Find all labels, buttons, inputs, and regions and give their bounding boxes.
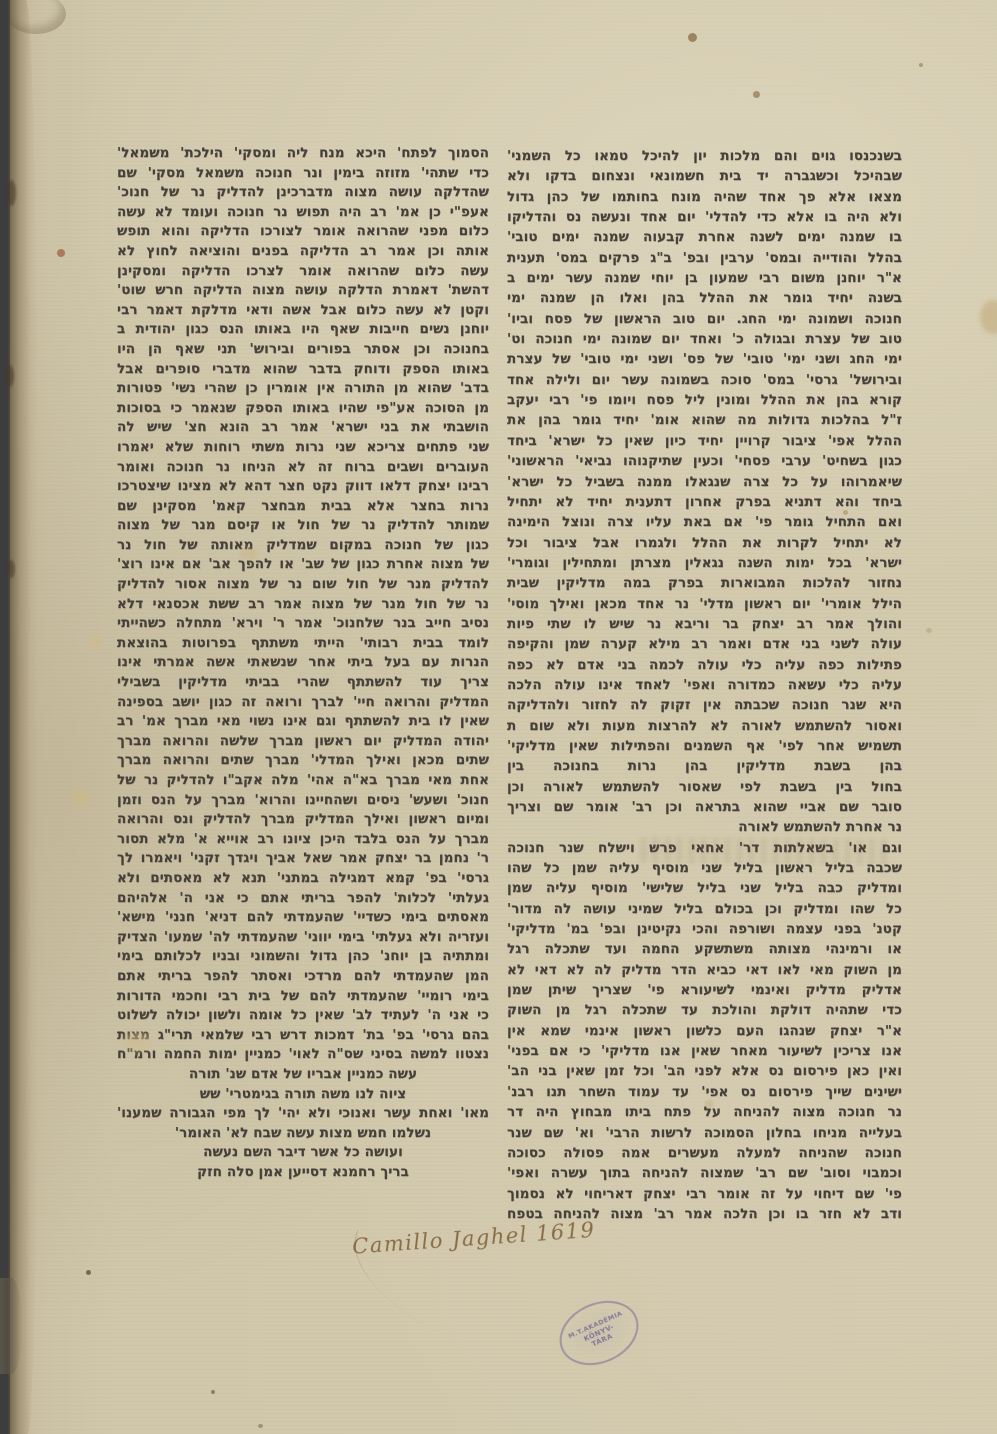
text-line: המן שהעמדתי להם מרדכי ואסתר להפר בריתי א… bbox=[117, 967, 489, 987]
text-line: מן השוק מאי לאו דאי כביא הדר מדליק לה לא… bbox=[507, 960, 902, 980]
text-line: לומד בבית רבותי' הייתי משתתף בפרוטות בהו… bbox=[117, 634, 489, 654]
text-line: נסיב חייב בנר שלחנוכ' אמר ר' וירא' מתחלה… bbox=[117, 614, 489, 634]
text-line: חנוכ' ושעש' ניסים ושהחיינו והרוא' מברך ע… bbox=[117, 791, 489, 811]
text-line: חנוכה ושמונה ימי החג. יום טוב הראשון של … bbox=[507, 309, 902, 329]
text-line: בעלייה מניחו בחלון הסמוכה לרשות הרבי' וא… bbox=[507, 1123, 902, 1143]
text-line: תשמיש אחר לפי' אף השמנים והפתילות שאין מ… bbox=[507, 736, 902, 756]
text-line: בהם גרסי' בפ' בת' דמכות דרש רבי שלמאי תר… bbox=[117, 1026, 489, 1046]
text-line: נר של חול מנר של מצוה אמר רב ששת אכסנאי … bbox=[117, 595, 489, 615]
text-line: סובר שם אביי שהוא בתראה וכן רב' אומר שם … bbox=[507, 797, 902, 817]
text-line: שהדלקה עושה מצוה מדברכינן להדליק נר של ח… bbox=[117, 183, 489, 203]
text-line: בשנה יחיד גומר את ההלל בהן ואלו הן שמנה … bbox=[507, 288, 902, 308]
stain bbox=[211, 1390, 215, 1394]
text-line: ואם התחיל גומר פי' אם באת עליו צרה ונוצל… bbox=[507, 512, 902, 532]
text-line: עולה לשני בני אדם ואמר רב מילא קערה שמן … bbox=[507, 634, 902, 654]
ink-offset-ghost bbox=[640, 837, 890, 865]
text-line: היא שנר חנוכה שכבתה אין זקוק לה לחזור ול… bbox=[507, 695, 902, 715]
text-line: נר חנוכה מצוה להניחה על פתח ביתו מבחוץ ה… bbox=[507, 1102, 902, 1122]
text-line: נשלמו חמש מצות עשה שבח לא' האומר' bbox=[117, 1124, 489, 1144]
text-line: כלום מפני שהרואה אומר לצורכו הדליקה והוא… bbox=[117, 222, 489, 242]
text-line: מאו' ואחת עשר ואנוכי ולא יהי' לך מפי הגב… bbox=[117, 1104, 489, 1124]
text-line: ולא היה בו אלא כדי להדלי' יום אחד ונעשה … bbox=[507, 207, 902, 227]
text-line: אעפ"י כן אמ' רב היה תפוש נר חנוכה ועומד … bbox=[117, 203, 489, 223]
text-line: שבהיכל וכשגברה יד בית חשמונאי ונצחום בדק… bbox=[507, 166, 902, 186]
edge-bump bbox=[7, 560, 15, 578]
text-line: נחזור להלכות המבוארות בפרק במה מדליקין ש… bbox=[507, 573, 902, 593]
text-line: בחנוכה וכן אסתר בפורים ובירוש' תני שאף ה… bbox=[117, 340, 489, 360]
text-line: גרסי' בפ' קמא דמגילה במתני' תנא לא מאסתי… bbox=[117, 869, 489, 889]
text-line: ההלל אפי' ציבור קרויין יחיד כיון שאין כל… bbox=[507, 431, 902, 451]
text-line: כדי שתהיה דולקת והולכת עד שתכלה רגל מן ה… bbox=[507, 1000, 902, 1020]
text-line: כל שהו ומדליק וכן בכולם בליל שמיני עושה … bbox=[507, 899, 902, 919]
edge-bump bbox=[6, 180, 16, 206]
text-line: עשה כמניין אבריו של אדם שנ' תורה bbox=[117, 1065, 489, 1085]
text-line: ז"ל בהלכות גדולות מה שהוא אומ' יחיד גומר… bbox=[507, 410, 902, 430]
text-line: שני פתחים צריכא שני נרות משתי רוחות שלא … bbox=[117, 438, 489, 458]
stain bbox=[258, 1424, 263, 1428]
text-line: הילל אומרי' יום ראשון מדלי' נר אחד מכאן … bbox=[507, 594, 902, 614]
text-line: מאסתים בימי כשדיי' שהעמדתי להם דניא' חננ… bbox=[117, 908, 489, 928]
text-line: וכמבוי וסוב' שם רב' שמצוה להניחה בתוך עש… bbox=[507, 1163, 902, 1183]
text-line: בהלל והודייה ובמס' ערבין ובפ' ב"ג פרקים … bbox=[507, 248, 902, 268]
text-line: באותו הספק ודוחק בדבר שהוא מדברי סופרים … bbox=[117, 360, 489, 380]
text-line: ועזריה ולא געלתי' בימי יווני' שהעמדתי לה… bbox=[117, 928, 489, 948]
text-line: ימי החג ושני ימי' טובי' של פס' ושני ימי … bbox=[507, 349, 902, 369]
text-line: יוחנן נשים חייבות שאף היו באותו הנס כגון… bbox=[117, 320, 489, 340]
text-line: געלתי' לכלות' להפר בריתי אתם כי אני ה' א… bbox=[117, 889, 489, 909]
text-line: וקטן לא עשה כלום אבל אשה ודאי מדלקת דאמר… bbox=[117, 301, 489, 321]
text-line: בחול בין בשבת לפי שאסור להשתמש לאורה וכן bbox=[507, 777, 902, 797]
text-line: יהודה המדליק יום ראשון מברך שלשה והרואה … bbox=[117, 732, 489, 752]
text-column-left: הסמוך לפתח' היכא מנח ליה ומסקי' הילכת' מ… bbox=[117, 144, 489, 1182]
text-line: בהן בשבת מדליקין בהן נרות בחנוכה בין bbox=[507, 756, 902, 776]
text-line: טוב של עצרת ובגולה כ' ואחד יום שמונה ימי… bbox=[507, 329, 902, 349]
stain bbox=[753, 91, 760, 98]
text-line: לא יתחיל לקרות את ההלל ולגמרו אבל ציבור … bbox=[507, 533, 902, 553]
text-line: קורא בהן את ההלל ומונין ליל פסח ויומו פי… bbox=[507, 390, 902, 410]
text-line: המדליק והרואה חיי' לברך ורואה זה כגון יו… bbox=[117, 693, 489, 713]
text-line: עליה כלי עשאה כמדורה ואפי' לאחד אינו עול… bbox=[507, 675, 902, 695]
stain bbox=[86, 1270, 91, 1275]
text-line: ועושה כל אשר דיבר השם נעשה bbox=[117, 1143, 489, 1163]
page-deckle-edge bbox=[8, 0, 38, 1434]
text-line: ומתתיה בן יוחנ' כהן גדול והשמוני ובניו ל… bbox=[117, 947, 489, 967]
text-line: פי' שם דיחוי על זה אומר רבי יצחק דאריחוי… bbox=[507, 1184, 902, 1204]
text-line: נצטוו למשה בסיני שס"ה לאוי' כמניין ימות … bbox=[117, 1045, 489, 1065]
library-stamp: M.T.AKADÉMIA KÖNYV- TÁRA bbox=[549, 1289, 648, 1377]
text-line: כי אני ה' לעתיד לב' שאין כל אומה ולשון י… bbox=[117, 1006, 489, 1026]
text-line: ביחד והא דתניא בפרק אחרון דתענית יחיד לא… bbox=[507, 492, 902, 512]
text-line: נרות בחצר אלא בבית מבחצר קאמ' מסקינן שם bbox=[117, 497, 489, 517]
text-line: כגון בשחיט' ערבי פסחי' וכעין שתיקנוהו נב… bbox=[507, 451, 902, 471]
text-line: שיאמרוהו על כל צרה שנגאלו ממנה בשביל כל … bbox=[507, 472, 902, 492]
text-line: שתים מכאן ואילך המדלי' מברך שתים והרואה … bbox=[117, 751, 489, 771]
text-line: שמותר להדליק נר של חול או קיסם מנר של מצ… bbox=[117, 516, 489, 536]
text-line: בימי רומיי' שהעמדתי להם של בית רבי וחכמי… bbox=[117, 987, 489, 1007]
text-line: להדליק מנר של חול שום נר של מצוה אסור לה… bbox=[117, 575, 489, 595]
text-line: ואסור להשתמש לאורה לא להרצות מעות ולא שו… bbox=[507, 716, 902, 736]
text-line: מצאו אלא פך אחד שהיה מונח בחותמו של כהן … bbox=[507, 187, 902, 207]
text-line: א"ר יצחק שנהגו העם כלשון ראשון אינמי שמא… bbox=[507, 1021, 902, 1041]
text-line: אנו צריכין לשיעור מאחר שאין אנו מדליקי' … bbox=[507, 1041, 902, 1061]
text-line: עשה כלום שהרואה אומר לצרכו הדליקה ומסקינ… bbox=[117, 262, 489, 282]
text-line: דהשת' דאמרת הדלקה עושה מצוה הדליקה חרש ש… bbox=[117, 281, 489, 301]
text-line: והולך אמר רב יצחק בר וריבא נר שיש לו שתי… bbox=[507, 614, 902, 634]
text-line: או ורמינהי מצותה משתשקע החמה ועד שתכלה ר… bbox=[507, 939, 902, 959]
text-line: א"ר יוחנן משום רבי שמעון בן יוחי שמנה עש… bbox=[507, 268, 902, 288]
text-line: בריך רחמנא דסייען אמן סלה חזק bbox=[117, 1163, 489, 1183]
stain bbox=[70, 790, 90, 804]
stain bbox=[919, 63, 923, 67]
text-line: ואין כאן פירסום נס אלא לפני הב' וכל זמן … bbox=[507, 1061, 902, 1081]
text-line: ציוה לנו משה תורה בגימטרי' שש bbox=[117, 1085, 489, 1105]
edge-bump bbox=[5, 365, 14, 387]
text-line: קטנ' בפני עצמה ושורפה והכי נקיטינן ובפ' … bbox=[507, 919, 902, 939]
scanned-page: בשנכנסו גוים והם מלכות יון להיכל טמאו כל… bbox=[0, 0, 997, 1434]
text-line: ובירושל' גרסי' במס' סוכה בשמונה עשר יום … bbox=[507, 370, 902, 390]
text-line: ר' נחמן בר יצחק אמר שאל אביך ויגדך זקני'… bbox=[117, 849, 489, 869]
stain bbox=[688, 33, 697, 42]
text-line: כגון של חנוכה במקום שמדליק מאותה של חול … bbox=[117, 536, 489, 556]
text-line: ומדליק כבה בליל שני בליל שלישי' מוסיף על… bbox=[507, 878, 902, 898]
text-line: בו שמנה ימים לשנה אחרת קבעוה שמנה ימים ט… bbox=[507, 227, 902, 247]
text-line: אותה וכן אמר רב הדליקה בפנים והוציאה לחו… bbox=[117, 242, 489, 262]
text-line: פתילות כפה עליה כלי עולה לכמה בני אדם לא… bbox=[507, 655, 902, 675]
stain bbox=[926, 628, 932, 633]
text-column-right: בשנכנסו גוים והם מלכות יון להיכל טמאו כל… bbox=[507, 146, 902, 1224]
text-line: ומיום ראשון ואילך המדליק מברך להדליק ונס… bbox=[117, 810, 489, 830]
text-line: כדי שתהי' מזוזה בימין ונר חנוכה משמאל מס… bbox=[117, 164, 489, 184]
text-line: שאין לו בית להשתתף וגם אינו נשוי מאי מבר… bbox=[117, 712, 489, 732]
text-line: של מצוה אחרת כגון של שב' או להפך אב' אם … bbox=[117, 555, 489, 575]
text-line: ישינים שייך פירסום נס אפי' עד עמוד השחר … bbox=[507, 1082, 902, 1102]
text-line: בדב' שהוא מן התורה אין אומרין כן שהרי נש… bbox=[117, 379, 489, 399]
text-line: אדליק מדליק ואינמי לשיעורא פי' שצריך שית… bbox=[507, 980, 902, 1000]
text-line: רבינו יצחק דלאו דווק נקט חצר דהא לא מצינ… bbox=[117, 477, 489, 497]
text-line: מברך על הנס בלבד היכן ציונו רב אוייא א' … bbox=[117, 830, 489, 850]
top-edge-shadow bbox=[6, 0, 66, 34]
text-line: אחת מאי מברך בא"ה אהי' מלה אקב"ו להדליק … bbox=[117, 771, 489, 791]
corner-shadow bbox=[0, 1278, 22, 1374]
text-line: נר אחרת להשתמש לאורה bbox=[507, 817, 902, 837]
stain bbox=[57, 249, 65, 257]
text-line: בשנכנסו גוים והם מלכות יון להיכל טמאו כל… bbox=[507, 146, 902, 166]
text-line: ישרא' בכל ימות השנה נגאלין מצרתן ומתחילי… bbox=[507, 553, 902, 573]
stain bbox=[88, 636, 102, 647]
text-line: הסמוך לפתח' היכא מנח ליה ומסקי' הילכת' מ… bbox=[117, 144, 489, 164]
text-line: צריך עוד להשתתף שהרי בביתי מדליקין בשביל… bbox=[117, 673, 489, 693]
text-line: העוברים ושבים ברוח זה לא הניחו נר חנוכה … bbox=[117, 458, 489, 478]
text-line: הושבתי את בני ישרא' אמר רב הונא חצ' שיש … bbox=[117, 418, 489, 438]
text-line: חנוכה שהניחה למעלה מעשרים אמה פסולה כסוכ… bbox=[507, 1143, 902, 1163]
text-line: מן הסוכה אע"פי שהיו באותו הספק שנאמר כי … bbox=[117, 399, 489, 419]
stain bbox=[980, 300, 997, 334]
text-line: הנרות עם בעל ביתי אחר שנשאתי אשה אמרתי א… bbox=[117, 653, 489, 673]
